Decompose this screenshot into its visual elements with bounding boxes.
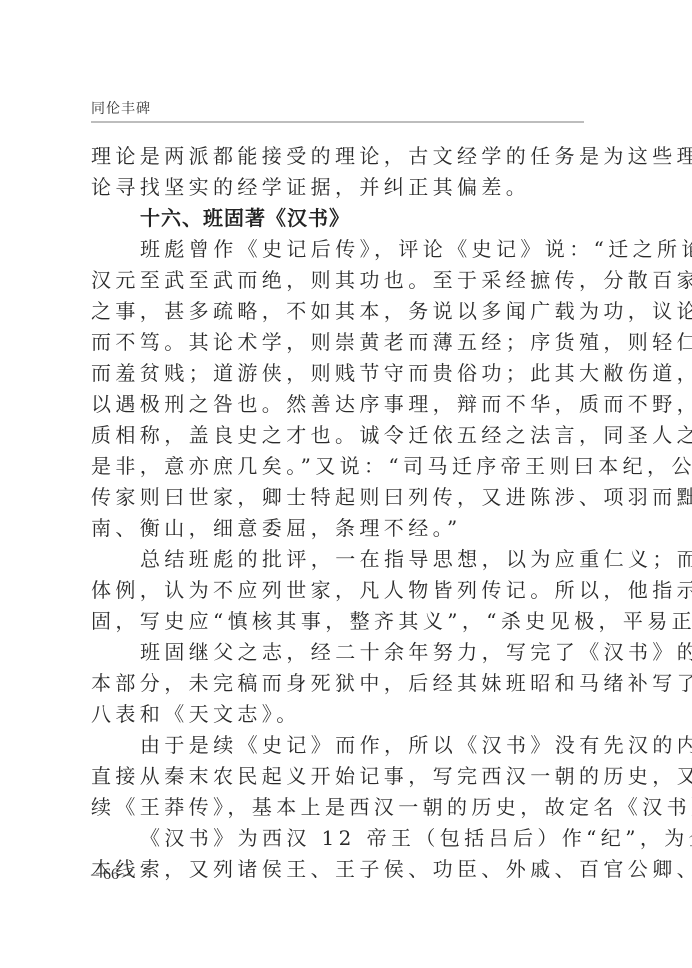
paragraph-3: 总结班彪的批评，一在指导思想，以为应重仁义；而在 体例，认为不应列世家，凡人物皆…	[91, 544, 585, 637]
text-line: 传家则曰世家，卿士特起则曰列传，又进陈涉、项羽而黜淮	[91, 482, 585, 513]
text-line: 质相称，盖良史之才也。诚令迁依五经之法言，同圣人之	[91, 420, 585, 451]
text-line: 以遇极刑之咎也。然善达序事理，辩而不华，质而不野，文	[91, 389, 585, 420]
paragraph-2: 班彪曾作《史记后传》，评论《史记》说：“迁之所论，从 汉元至武至武而绝，则其功也…	[91, 234, 585, 544]
text-line: 《汉书》为西汉 12 帝王（包括吕后）作“纪”，为全书的基	[91, 823, 585, 854]
text-line: 论寻找坚实的经学证据，并纠正其偏差。	[91, 172, 585, 203]
text-line: 总结班彪的批评，一在指导思想，以为应重仁义；而在	[91, 544, 585, 575]
paragraph-5: 由于是续《史记》而作，所以《汉书》没有先汉的内容， 直接从秦末农民起义开始记事，…	[91, 730, 585, 823]
text-line: 而羞贫贱；道游侠，则贱节守而贵俗功；此其大敝伤道，所	[91, 358, 585, 389]
text-line: 体例，认为不应列世家，凡人物皆列传记。所以，他指示班	[91, 575, 585, 606]
paragraph-6: 《汉书》为西汉 12 帝王（包括吕后）作“纪”，为全书的基 本线索，又列诸侯王、…	[91, 823, 585, 885]
page-number: – 66 –	[91, 866, 131, 884]
text-line: 由于是续《史记》而作，所以《汉书》没有先汉的内容，	[91, 730, 585, 761]
body-text: 理论是两派都能接受的理论，古文经学的任务是为这些理 论寻找坚实的经学证据，并纠正…	[91, 141, 585, 885]
header-rule	[91, 121, 584, 123]
text-line: 续《王莽传》，基本上是西汉一朝的历史，故定名《汉书》。	[91, 792, 585, 823]
text-line: 直接从秦末农民起义开始记事，写完西汉一朝的历史，又	[91, 761, 585, 792]
text-line: 南、衡山，细意委屈，条理不经。”	[91, 513, 585, 544]
text-line: 本线索，又列诸侯王、王子侯、功臣、外戚、百官公卿、古今	[91, 854, 585, 885]
text-line: 汉元至武至武而绝，则其功也。至于采经摭传，分散百家	[91, 265, 585, 296]
text-line: 之事，甚多疏略，不如其本，务说以多闻广载为功，议论浅	[91, 296, 585, 327]
section-heading: 十六、班固著《汉书》	[91, 203, 585, 234]
text-line: 理论是两派都能接受的理论，古文经学的任务是为这些理	[91, 141, 585, 172]
text-line: 本部分，未完稿而身死狱中，后经其妹班昭和马绪补写了	[91, 668, 585, 699]
paragraph-1: 理论是两派都能接受的理论，古文经学的任务是为这些理 论寻找坚实的经学证据，并纠正…	[91, 141, 585, 203]
text-line: 班固继父之志，经二十余年努力，写完了《汉书》的基	[91, 637, 585, 668]
text-line: 固，写史应“慎核其事，整齐其义”，“杀史见极，平易正直。”	[91, 606, 585, 637]
text-line: 八表和《天文志》。	[91, 699, 585, 730]
text-line: 而不笃。其论术学，则崇黄老而薄五经；序货殖，则轻仁义	[91, 327, 585, 358]
text-line: 是非，意亦庶几矣。”又说：“司马迁序帝王则曰本纪，公侯	[91, 451, 585, 482]
book-page: 同伦丰碑 理论是两派都能接受的理论，古文经学的任务是为这些理 论寻找坚实的经学证…	[0, 0, 692, 968]
text-line: 班彪曾作《史记后传》，评论《史记》说：“迁之所论，从	[91, 234, 585, 265]
paragraph-4: 班固继父之志，经二十余年努力，写完了《汉书》的基 本部分，未完稿而身死狱中，后经…	[91, 637, 585, 730]
running-head: 同伦丰碑	[91, 98, 151, 118]
